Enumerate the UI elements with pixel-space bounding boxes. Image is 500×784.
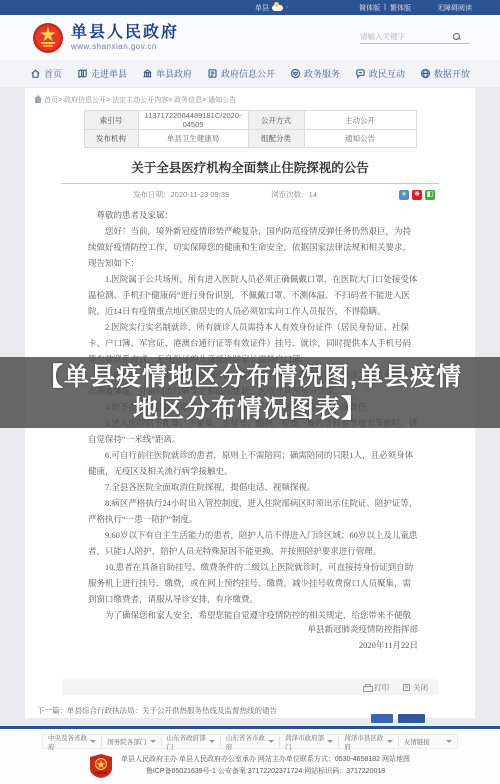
nav-item-about[interactable]: 走进单县 bbox=[77, 67, 127, 80]
footer-link-selects: 中央及各省政府 国务院各部门 山东省政府部门 山东省各市政府 菏泽市政府部门 菏… bbox=[42, 734, 458, 749]
document-icon bbox=[207, 68, 218, 79]
footer-chips bbox=[371, 714, 425, 723]
weibo-icon[interactable]: ❋ bbox=[412, 190, 422, 200]
page: 单县 › 简体版 | 繁体版 无障碍阅读 单县人民政府 www.shanxian… bbox=[0, 0, 500, 784]
meta-label: 组配分类 bbox=[248, 130, 304, 148]
simplified-link[interactable]: 简体版 bbox=[359, 3, 380, 13]
table-row: 发布机构 单县卫生健康局 组配分类 通知公告 bbox=[84, 130, 416, 148]
meta-value: 单县卫生健康局 bbox=[138, 130, 248, 148]
table-row: 索引号 11371722004489181C/2020-04505 公开方式 主… bbox=[84, 111, 416, 130]
site-footer: 中央及各省政府 国务院各部门 山东省政府部门 山东省各市政府 菏泽市政府部门 菏… bbox=[0, 729, 500, 784]
weather-cloud-icon bbox=[272, 5, 283, 11]
select-central-gov[interactable]: 中央及各省政府 bbox=[43, 736, 102, 747]
chevron-down-icon bbox=[209, 740, 215, 743]
footer-chip-1[interactable] bbox=[371, 714, 393, 723]
paragraph: 7.全县各医院全面取消住院探视，提倡电话、视频探视。 bbox=[88, 479, 418, 495]
meta-label: 索引号 bbox=[84, 111, 138, 130]
paragraph: 8.病区严格执行24小时出入管控制度，进入住院部病区时须出示住院证、陪护证等，严… bbox=[88, 495, 418, 527]
meta-value: 主动公开 bbox=[304, 111, 416, 130]
search-input[interactable] bbox=[360, 32, 452, 41]
nav-item-government[interactable]: 单县政府 bbox=[142, 67, 192, 80]
select-heze-depts[interactable]: 菏泽市政府部门 bbox=[280, 736, 339, 747]
chevron-down-icon bbox=[150, 740, 156, 743]
search-box bbox=[360, 32, 470, 44]
weather-widget[interactable]: 单县 › bbox=[255, 3, 288, 13]
article-title: 关于全县医疗机构全面禁止住院探视的公告 bbox=[25, 158, 475, 176]
select-province-cities[interactable]: 山东省各市政府 bbox=[221, 736, 280, 747]
accessibility-link[interactable]: 无障碍阅读 bbox=[437, 3, 472, 13]
meta-value: 11371722004489181C/2020-04505 bbox=[138, 111, 248, 130]
traditional-link[interactable]: 繁体版 bbox=[390, 3, 411, 13]
chevron-down-icon bbox=[327, 740, 333, 743]
top-utility-bar: 单县 › 简体版 | 繁体版 无障碍阅读 bbox=[0, 0, 500, 15]
share-icons: ★ ❋ ◧ bbox=[399, 190, 435, 200]
select-friend-links[interactable]: 友情链接 bbox=[399, 736, 457, 747]
weather-city: 单县 bbox=[255, 3, 269, 13]
chevron-down-icon bbox=[387, 740, 393, 743]
favorite-icon[interactable]: ★ bbox=[399, 190, 409, 200]
paragraph: 6.可自行前往医院就诊的患者，原则上不需陪同；确需陪同的只限1人，且必须身体健康… bbox=[88, 447, 418, 479]
close-button[interactable]: ✕ 关闭 bbox=[403, 682, 428, 693]
breadcrumb[interactable]: 首页> 政府信息公开> 法定主动公开内容> 政务信息> 通知公告 bbox=[25, 88, 475, 106]
wechat-icon[interactable]: ◧ bbox=[425, 190, 435, 200]
paragraph: 1.医院属于公共场所，所有进入医院人员必须正确佩戴口罩，在医院大门口处接受体温检… bbox=[88, 271, 418, 319]
footer-line-1: 单县人民政府主办 单县人民政府办公室承办 网站主办单位联系方式：0530-465… bbox=[121, 754, 410, 766]
main-nav: 首页 走进单县 单县政府 政府信息公开 政务服务 政民互动 数据开放 bbox=[0, 60, 500, 88]
publish-date: 发布日期：2020-11-23 09:39 bbox=[133, 189, 229, 200]
nav-item-info-disclosure[interactable]: 政府信息公开 bbox=[207, 67, 275, 80]
close-icon: ✕ bbox=[403, 684, 410, 691]
breadcrumb-home-icon bbox=[35, 97, 41, 103]
signature-date: 2020年11月22日 bbox=[25, 637, 418, 653]
nav-item-services[interactable]: 政务服务 bbox=[290, 67, 340, 80]
home-icon bbox=[30, 68, 41, 79]
national-emblem-logo bbox=[32, 22, 64, 54]
watermark-overlay: 【单县疫情地区分布情况图,单县疫情 地区分布情况图表】 bbox=[0, 357, 500, 428]
meta-label: 公开方式 bbox=[248, 111, 304, 130]
next-article-link[interactable]: 下一篇：单县综合行政执法局：关于公开供热服务热线及监督热线的通告 bbox=[25, 695, 475, 716]
signature-org: 单县新冠肺炎疫情防控指挥部 bbox=[25, 621, 418, 637]
brand-block[interactable]: 单县人民政府 www.shanxian.gov.cn bbox=[71, 24, 179, 51]
globe-icon bbox=[420, 68, 431, 79]
map-icon bbox=[77, 68, 88, 79]
print-button[interactable]: 打印 bbox=[363, 682, 389, 693]
chat-bubble-icon bbox=[355, 68, 366, 79]
language-switch: 简体版 | 繁体版 bbox=[359, 3, 411, 13]
watermark-line-1: 【单县疫情地区分布情况图,单县疫情 bbox=[0, 361, 500, 393]
nav-item-interaction[interactable]: 政民互动 bbox=[355, 67, 405, 80]
search-icon[interactable] bbox=[452, 32, 461, 41]
bank-icon bbox=[142, 68, 153, 79]
action-bar: 打印 ✕ 关闭 bbox=[62, 679, 438, 695]
article-meta-line: 发布日期：2020-11-23 09:39 浏览次数：14 ★ ❋ ◧ bbox=[25, 184, 475, 200]
meta-label: 发布机构 bbox=[84, 130, 138, 148]
watermark-line-2: 地区分布情况图表】 bbox=[0, 393, 500, 425]
chevron-down-icon bbox=[268, 740, 274, 743]
nav-item-open-data[interactable]: 数据开放 bbox=[420, 67, 470, 80]
paragraph: 尊敬的患者及家属： bbox=[88, 207, 418, 223]
gov-site-badge-icon bbox=[90, 754, 112, 778]
footer-line-2: 鲁ICP备05021639号-1 公安备案:37172202371724 网站标… bbox=[121, 766, 410, 778]
chevron-down-icon bbox=[446, 740, 452, 743]
lang-divider: | bbox=[384, 4, 386, 11]
site-title: 单县人民政府 bbox=[71, 24, 179, 42]
view-count: 浏览次数：14 bbox=[271, 189, 317, 200]
site-header: 单县人民政府 www.shanxian.gov.cn bbox=[0, 15, 500, 60]
footer-info: 单县人民政府主办 单县人民政府办公室承办 网站主办单位联系方式：0530-465… bbox=[121, 754, 410, 778]
paragraph: 10.患者在具备自助挂号、缴费条件的二级以上医院就诊时，可直接持身份证到自助服务… bbox=[88, 559, 418, 607]
paragraph: 9.60岁以下有自主生活能力的患者，陪护人员不得进入门诊区域；60岁以上及儿童患… bbox=[88, 527, 418, 559]
site-url: www.shanxian.gov.cn bbox=[71, 42, 179, 51]
weather-more-arrow: › bbox=[286, 4, 288, 11]
chevron-down-icon bbox=[90, 740, 96, 743]
paragraph: 为了确保您和家人安全，希望您能自觉遵守疫情防控的相关规定，给您带来不便敬请谅解。 bbox=[88, 607, 418, 619]
select-heze-counties[interactable]: 菏泽市县区政府 bbox=[339, 736, 398, 747]
paragraph: 您好！当前，境外新冠疫情形势严峻复杂，国内防范疫情反弹任务仍然艰巨，为持续做好疫… bbox=[88, 223, 418, 271]
footer-bottom: 单县人民政府主办 单县人民政府办公室承办 网站主办单位联系方式：0530-465… bbox=[0, 754, 500, 778]
select-province-depts[interactable]: 山东省政府部门 bbox=[162, 736, 221, 747]
signature-block: 单县新冠肺炎疫情防控指挥部 2020年11月22日 bbox=[25, 619, 475, 653]
meta-value: 通知公告 bbox=[304, 130, 416, 148]
footer-chip-2[interactable] bbox=[398, 714, 425, 723]
heart-hand-icon bbox=[290, 68, 301, 79]
nav-item-home[interactable]: 首页 bbox=[30, 67, 62, 80]
select-state-council[interactable]: 国务院各部门 bbox=[102, 736, 161, 747]
print-icon bbox=[363, 684, 371, 691]
document-meta-table: 索引号 11371722004489181C/2020-04505 公开方式 主… bbox=[84, 110, 417, 148]
